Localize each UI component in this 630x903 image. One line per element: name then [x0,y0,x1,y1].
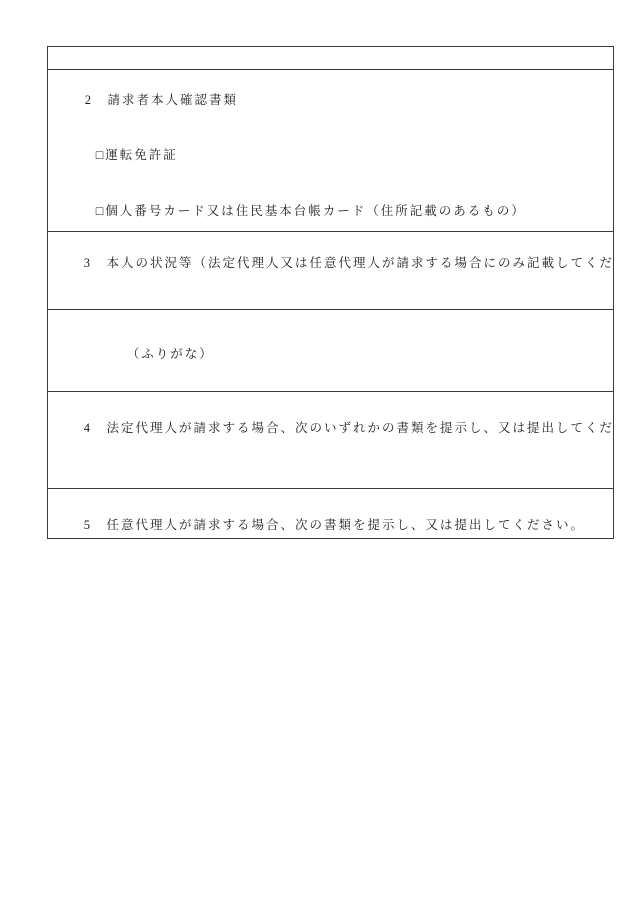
form-row-requester-type: 1 訂正請求者□ 本人□ 法定代理人□任意代理人 [48,47,613,70]
request-form-table: 1 訂正請求者□ 本人□ 法定代理人□任意代理人 2 請求者本人確認書類 □運転… [47,46,614,539]
section4-heading-line1: 4 法定代理人が請求する場合、次のいずれかの書類を提示し、又は提出してくだ [84,421,613,435]
form-row-name-address: （ふりがな） イ 本人の氏名 ウ 本人の住所又は居所 [48,310,613,392]
section3-heading-line1: 3 本人の状況等（法定代理人又は任意代理人が請求する場合にのみ記載してくだ [84,256,613,270]
form-row-legal-representative-docs: 4 法定代理人が請求する場合、次のいずれかの書類を提示し、又は提出してくだ さい… [48,392,613,489]
form-row-identity-documents: 2 請求者本人確認書類 □運転免許証 □個人番号カード又は住民基本台帳カード（住… [48,70,613,232]
section5-heading: 5 任意代理人が請求する場合、次の書類を提示し、又は提出してください。 [84,518,585,532]
form-row-voluntary-representative-docs: 5 任意代理人が請求する場合、次の書類を提示し、又は提出してください。 請求資格… [48,489,613,540]
section2-heading: 2 請求者本人確認書類 [85,93,238,107]
form-row-principal-status: 3 本人の状況等（法定代理人又は任意代理人が請求する場合にのみ記載してくだ さい… [48,232,613,310]
checkbox-individual-number-card[interactable]: □個人番号カード又は住民基本台帳カード（住所記載のあるもの） [96,204,526,218]
furigana-label: （ふりがな） [127,347,214,361]
checkbox-drivers-license[interactable]: □運転免許証 [96,148,178,162]
